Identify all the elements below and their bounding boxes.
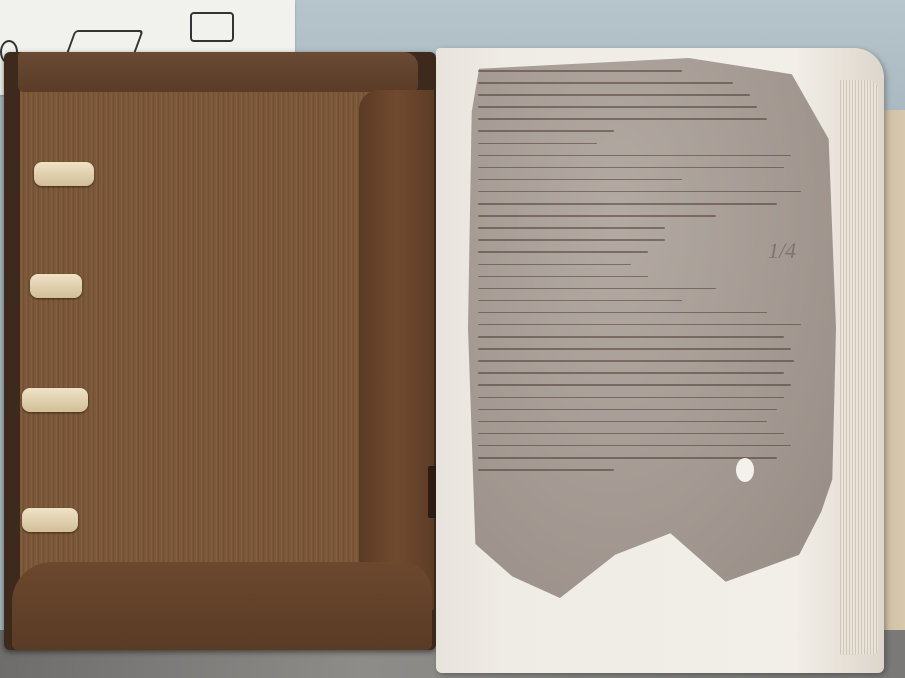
wooden-book-cover (4, 52, 436, 650)
leather-flap-bottom (12, 562, 432, 650)
binding-peg (34, 162, 94, 186)
binding-peg (22, 508, 78, 532)
handwritten-text-lines (478, 70, 818, 481)
binding-peg (30, 274, 82, 298)
margin-mark: 1/4 (768, 238, 796, 264)
page-edges (838, 80, 878, 655)
page-hole (736, 458, 754, 482)
binding-peg (22, 388, 88, 412)
leather-flap-top (18, 52, 418, 92)
leather-flap-right (359, 90, 434, 610)
decorative-initial-icon (190, 12, 234, 42)
